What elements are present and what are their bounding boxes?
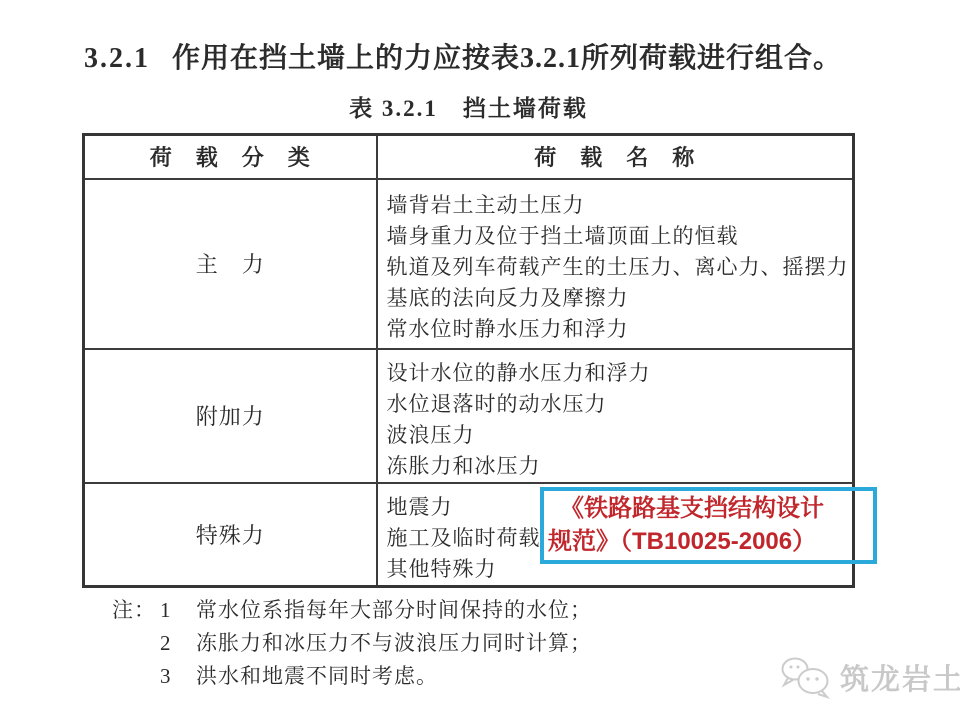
table-row-additional-force: 附加力 设计水位的静水压力和浮力 水位退落时的动水压力 波浪压力 冻胀力和冰压力 xyxy=(84,349,854,483)
load-item: 冻胀力和冰压力 xyxy=(378,451,853,482)
notes-label-spacer xyxy=(112,627,160,660)
load-item: 墙身重力及位于挡土墙顶面上的恒载 xyxy=(378,221,853,252)
category-cell: 附加力 xyxy=(84,349,377,483)
table-header-row: 荷 载 分 类 荷 载 名 称 xyxy=(84,135,854,179)
wechat-icon xyxy=(778,654,834,700)
note-text: 常水位系指每年大部分时间保持的水位； xyxy=(196,594,592,627)
note-number: 2 xyxy=(160,627,196,660)
table-caption: 表 3.2.1 挡土墙荷载 xyxy=(82,90,855,123)
callout-line: 《铁路路基支挡结构设计 xyxy=(544,492,873,525)
table-row-main-force: 主 力 墙背岩土主动土压力 墙身重力及位于挡土墙顶面上的恒载 轨道及列车荷载产生… xyxy=(84,179,854,349)
header-load-name: 荷 载 名 称 xyxy=(377,135,854,179)
load-item: 墙背岩土主动土压力 xyxy=(378,190,853,221)
section-heading: 3.2.1作用在挡土墙上的力应按表3.2.1所列荷载进行组合。 xyxy=(84,36,884,76)
callout-line: 规范》（TB10025-2006） xyxy=(544,525,873,558)
items-cell: 设计水位的静水压力和浮力 水位退落时的动水压力 波浪压力 冻胀力和冰压力 xyxy=(377,349,854,483)
note-text: 洪水和地震不同时考虑。 xyxy=(196,660,592,693)
load-item: 设计水位的静水压力和浮力 xyxy=(378,358,853,389)
category-cell: 特殊力 xyxy=(84,483,377,587)
note-number: 3 xyxy=(160,660,196,693)
watermark: 筑龙岩土 xyxy=(778,654,960,700)
note-number: 1 xyxy=(160,594,196,627)
table-notes: 注： 1 常水位系指每年大部分时间保持的水位； 2 冻胀力和冰压力不与波浪压力同… xyxy=(112,594,592,693)
load-item: 波浪压力 xyxy=(378,420,853,451)
notes-label: 注： xyxy=(112,594,160,627)
watermark-text: 筑龙岩土 xyxy=(840,657,960,698)
load-item: 基底的法向反力及摩擦力 xyxy=(378,283,853,314)
section-heading-text: 作用在挡土墙上的力应按表3.2.1所列荷载进行组合。 xyxy=(172,43,842,74)
regulation-callout-box: 《铁路路基支挡结构设计 规范》（TB10025-2006） xyxy=(540,487,877,564)
category-cell: 主 力 xyxy=(84,179,377,349)
notes-label-spacer xyxy=(112,660,160,693)
header-load-category: 荷 载 分 类 xyxy=(84,135,377,179)
section-number: 3.2.1 xyxy=(84,43,150,74)
load-item: 常水位时静水压力和浮力 xyxy=(378,314,853,345)
items-cell: 墙背岩土主动土压力 墙身重力及位于挡土墙顶面上的恒载 轨道及列车荷载产生的土压力… xyxy=(377,179,854,349)
load-item: 轨道及列车荷载产生的土压力、离心力、摇摆力 xyxy=(378,252,853,283)
note-text: 冻胀力和冰压力不与波浪压力同时计算； xyxy=(196,627,592,660)
load-item: 水位退落时的动水压力 xyxy=(378,389,853,420)
